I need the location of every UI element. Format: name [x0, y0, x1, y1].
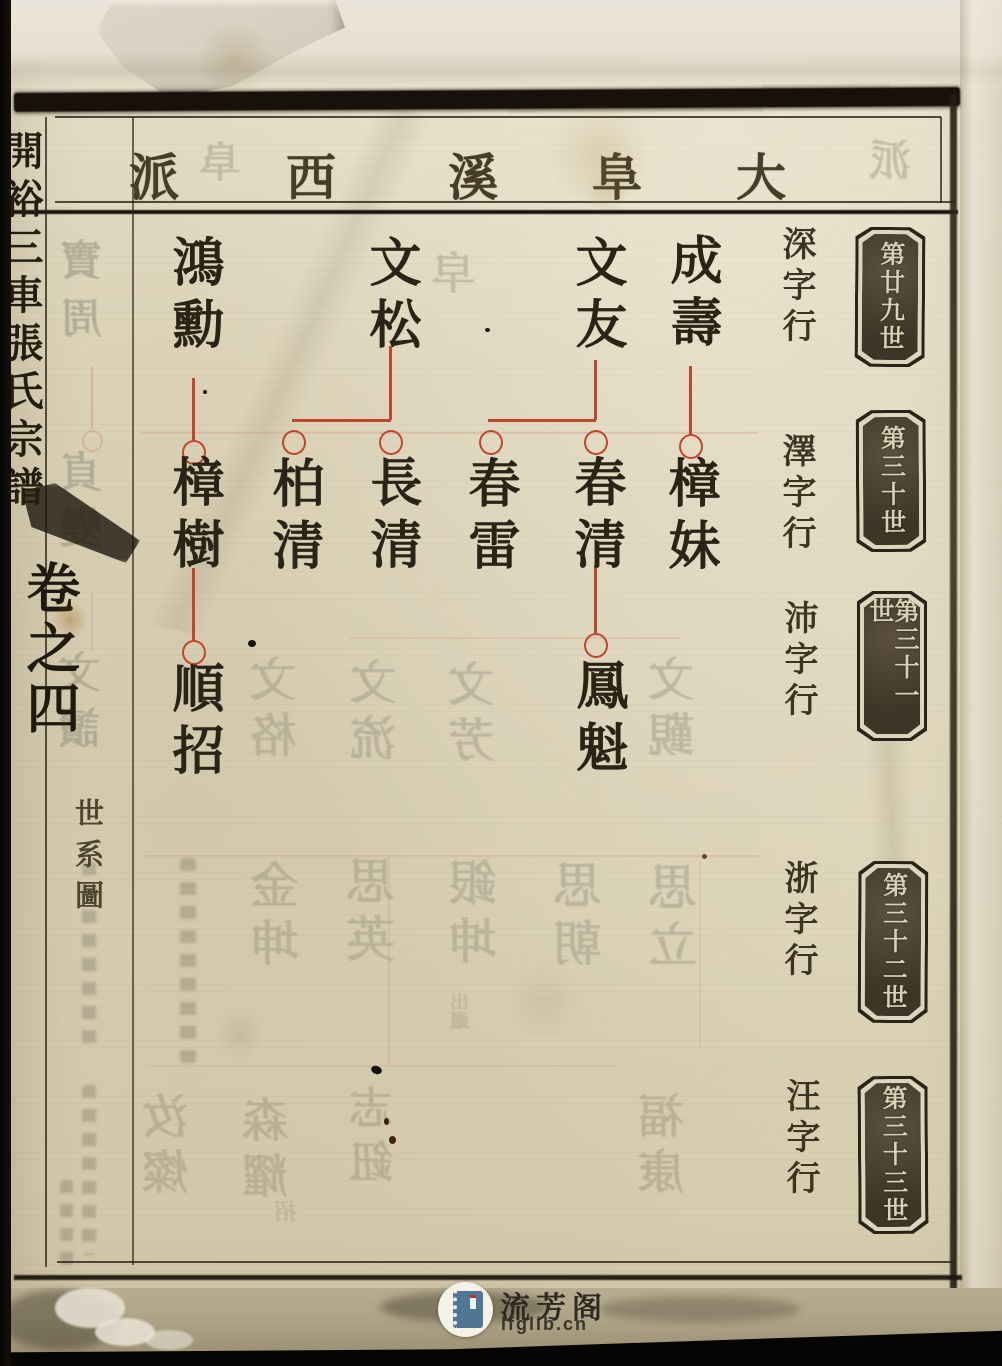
ink-spot — [485, 328, 490, 332]
descent-circle — [584, 633, 608, 658]
generation-label-33: 第三十三世 — [857, 1076, 928, 1234]
stain — [52, 602, 88, 638]
branch-row-ze: 澤字行 — [778, 433, 812, 556]
person-name: 春雷 — [462, 456, 514, 580]
book-icon-seal — [470, 1295, 476, 1309]
person-name: 成壽 — [664, 233, 716, 357]
bottom-border-bar — [14, 1275, 962, 1280]
ink-spot — [384, 1118, 389, 1125]
grid-rule — [140, 432, 758, 434]
cartouche-panel: 第三十三世 — [864, 1083, 921, 1227]
spine-divider-rule — [132, 117, 134, 1265]
generation-label-31: 第三十一世 — [857, 591, 927, 741]
descent-line — [689, 366, 692, 434]
ghost-text: 阜 — [203, 140, 245, 182]
person-name: 樟妹 — [662, 456, 714, 580]
branch-row-zhe: 浙字行 — [780, 860, 814, 983]
spine-section-label: 世系圖 — [72, 798, 101, 921]
branch-row-wang: 汪字行 — [782, 1078, 816, 1201]
bottom-thin-rule — [57, 1261, 955, 1263]
paper-crease — [8, 52, 1002, 86]
page-right-edge — [960, 0, 1002, 1356]
ghost-text-small: 招 — [276, 1200, 298, 1222]
grime-patch — [600, 1296, 800, 1322]
descent-branch — [292, 419, 391, 422]
generation-label-32: 第三十二世 — [858, 861, 929, 1023]
ghost-red-line — [91, 367, 93, 429]
person-name: 鴻勳 — [166, 235, 218, 359]
right-border-bar — [950, 94, 957, 1294]
person-name: 長清 — [364, 455, 416, 579]
person-name: 文友 — [569, 235, 621, 359]
person-name: 鳳魁 — [570, 658, 622, 782]
cartouche-panel: 第三十世 — [863, 417, 920, 545]
branch-row-pei: 沛字行 — [780, 600, 814, 723]
ghost-text: 派 — [873, 138, 915, 180]
person-name: 文松 — [363, 235, 415, 359]
header-char-xi2: 西 — [286, 138, 336, 210]
branch-row-shen: 深字行 — [778, 226, 812, 349]
header-bottom-bar — [12, 210, 958, 214]
ink-spot — [248, 640, 256, 647]
spine-volume-label: 卷之四 — [22, 560, 76, 740]
header-char-pai: 派 — [129, 138, 179, 210]
ghost-text: 文芳 — [452, 660, 498, 772]
descent-line — [594, 360, 597, 420]
stain — [215, 1010, 265, 1060]
ghost-column — [60, 1180, 73, 1265]
descent-circle — [584, 430, 608, 455]
descent-line — [192, 378, 195, 440]
header-char-da: 大 — [736, 138, 786, 210]
stain — [197, 22, 273, 98]
generation-label-text: 第三十三世 — [880, 1085, 906, 1225]
descent-branch — [488, 419, 596, 422]
ghost-text: 金坤 — [256, 860, 304, 976]
ghost-red-line — [91, 592, 93, 652]
ghost-text: 寶周 — [64, 238, 106, 354]
stain — [505, 960, 585, 1040]
cartouche-panel: 第三十一世 — [864, 598, 920, 734]
descent-circle — [379, 430, 403, 455]
generation-label-text: 第廿九世 — [877, 241, 903, 353]
generation-label-text: 第三十世 — [878, 425, 904, 537]
cartouche-panel: 第三十二世 — [865, 868, 922, 1016]
ghost-text: 福康 — [642, 1092, 688, 1204]
person-name: 春清 — [568, 455, 620, 579]
book-icon — [453, 1291, 483, 1328]
generation-label-30: 第三十世 — [856, 410, 927, 552]
watermark-site-url: lfglib.cn — [501, 1314, 588, 1335]
ghost-text: 思立 — [654, 862, 702, 978]
descent-circle — [479, 430, 503, 455]
scan-left-edge — [0, 0, 11, 1366]
ink-spot — [389, 1136, 396, 1144]
ink-spot — [203, 390, 207, 394]
person-name: 樟樹 — [166, 455, 218, 579]
torn-edge-blob — [145, 1330, 193, 1350]
ghost-text: 文格 — [254, 655, 300, 767]
header-bottom-rule — [55, 201, 955, 203]
ghost-text: 思英 — [352, 856, 400, 972]
header-top-rule — [55, 116, 941, 118]
ghost-text: 皁 — [436, 250, 480, 294]
grid-rule — [350, 637, 680, 639]
generation-label-text: 第三十二世 — [880, 872, 906, 1012]
generation-label-text: 第三十一世 — [867, 598, 917, 734]
grid-rule — [145, 855, 760, 857]
ghost-column — [82, 1085, 96, 1255]
ghost-column — [180, 858, 196, 1063]
ghost-text: 森耀 — [246, 1096, 292, 1208]
header-right-rule — [940, 117, 942, 203]
person-name: 柏清 — [266, 456, 318, 580]
ink-spot — [702, 854, 707, 859]
genealogy-page-scan: 寶周 貞變 文讀 阜 派 皁 文格 文流 文芳 文覲 思立 思朝 銀坤 思英 金… — [0, 0, 1002, 1366]
generation-label-29: 第廿九世 — [855, 227, 926, 367]
cartouche-panel: 第廿九世 — [862, 234, 919, 360]
ghost-text-small: 出繼 — [452, 992, 471, 1030]
ghost-text: 文覲 — [652, 655, 698, 767]
person-name: 順招 — [166, 661, 218, 785]
ghost-text: 銀坤 — [454, 858, 502, 974]
stain — [582, 168, 632, 214]
ghost-text: 思朝 — [559, 860, 607, 976]
header-char-xi: 溪 — [448, 138, 498, 210]
ghost-text: 文流 — [354, 658, 400, 770]
ghost-red-circle — [82, 430, 103, 452]
ghost-text: 汝燦 — [146, 1092, 192, 1204]
descent-circle — [282, 430, 306, 455]
